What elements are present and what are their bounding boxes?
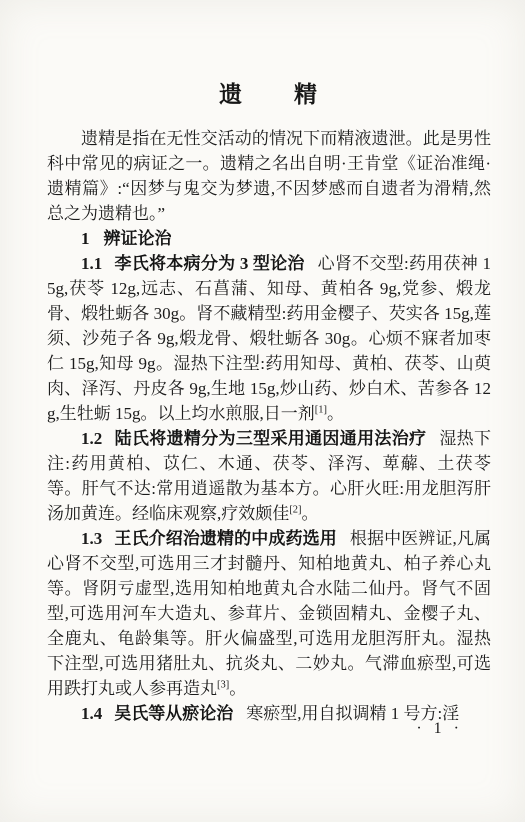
paragraph-heading: 李氏将本病分为 3 型论治 [114, 254, 304, 273]
paragraph-1-2: 1.2陆氏将遗精分为三型采用通因通用法治疗湿热下注:药用黄柏、苡仁、木通、茯苓、… [47, 426, 491, 526]
paragraph-number: 1.3 [81, 529, 102, 548]
page-number: · 1 · [416, 720, 463, 738]
section-title: 辨证论治 [104, 229, 172, 248]
paragraph-1-3: 1.3王氏介绍治遗精的中成药选用根据中医辨证,凡属心肾不交型,可选用三才封髓丹、… [47, 526, 491, 701]
section-number: 1 [81, 229, 90, 248]
paragraph-heading: 吴氏等从瘀论治 [114, 704, 233, 723]
paragraph-body: 根据中医辨证,凡属心肾不交型,可选用三才封髓丹、知柏地黄丸、柏子养心丸等。肾阴亏… [47, 529, 491, 698]
paragraph-heading: 王氏介绍治遗精的中成药选用 [114, 529, 337, 548]
text-content: 遗 精 遗精是指在无性交活动的情况下而精液遗泄。此是男性科中常见的病证之一。遗精… [47, 0, 491, 726]
section-heading: 1辨证论治 [47, 226, 491, 251]
reference-superscript: [2] [289, 504, 301, 515]
paragraph-number: 1.4 [81, 704, 102, 723]
paragraph-tail: 。 [229, 679, 246, 698]
page-title: 遗 精 [47, 80, 491, 110]
paragraph-heading: 陆氏将遗精分为三型采用通因通用法治疗 [114, 429, 426, 448]
intro-text: 遗精是指在无性交活动的情况下而精液遗泄。此是男性科中常见的病证之一。遗精之名出自… [47, 129, 491, 223]
paragraph-tail: 。 [327, 404, 344, 423]
paragraph-number: 1.1 [81, 254, 102, 273]
reference-superscript: [1] [315, 404, 327, 415]
paragraph-tail: 。 [302, 504, 319, 523]
document-page: 遗 精 遗精是指在无性交活动的情况下而精液遗泄。此是男性科中常见的病证之一。遗精… [0, 0, 525, 822]
intro-paragraph: 遗精是指在无性交活动的情况下而精液遗泄。此是男性科中常见的病证之一。遗精之名出自… [47, 126, 491, 226]
reference-superscript: [3] [217, 679, 229, 690]
paragraph-1-1: 1.1李氏将本病分为 3 型论治心肾不交型:药用茯神 15g,茯苓 12g,远志… [47, 251, 491, 426]
body-text-block: 遗精是指在无性交活动的情况下而精液遗泄。此是男性科中常见的病证之一。遗精之名出自… [47, 126, 491, 726]
paragraph-body: 心肾不交型:药用茯神 15g,茯苓 12g,远志、石菖蒲、知母、黄柏各 9g,党… [47, 254, 491, 423]
paragraph-number: 1.2 [81, 429, 102, 448]
